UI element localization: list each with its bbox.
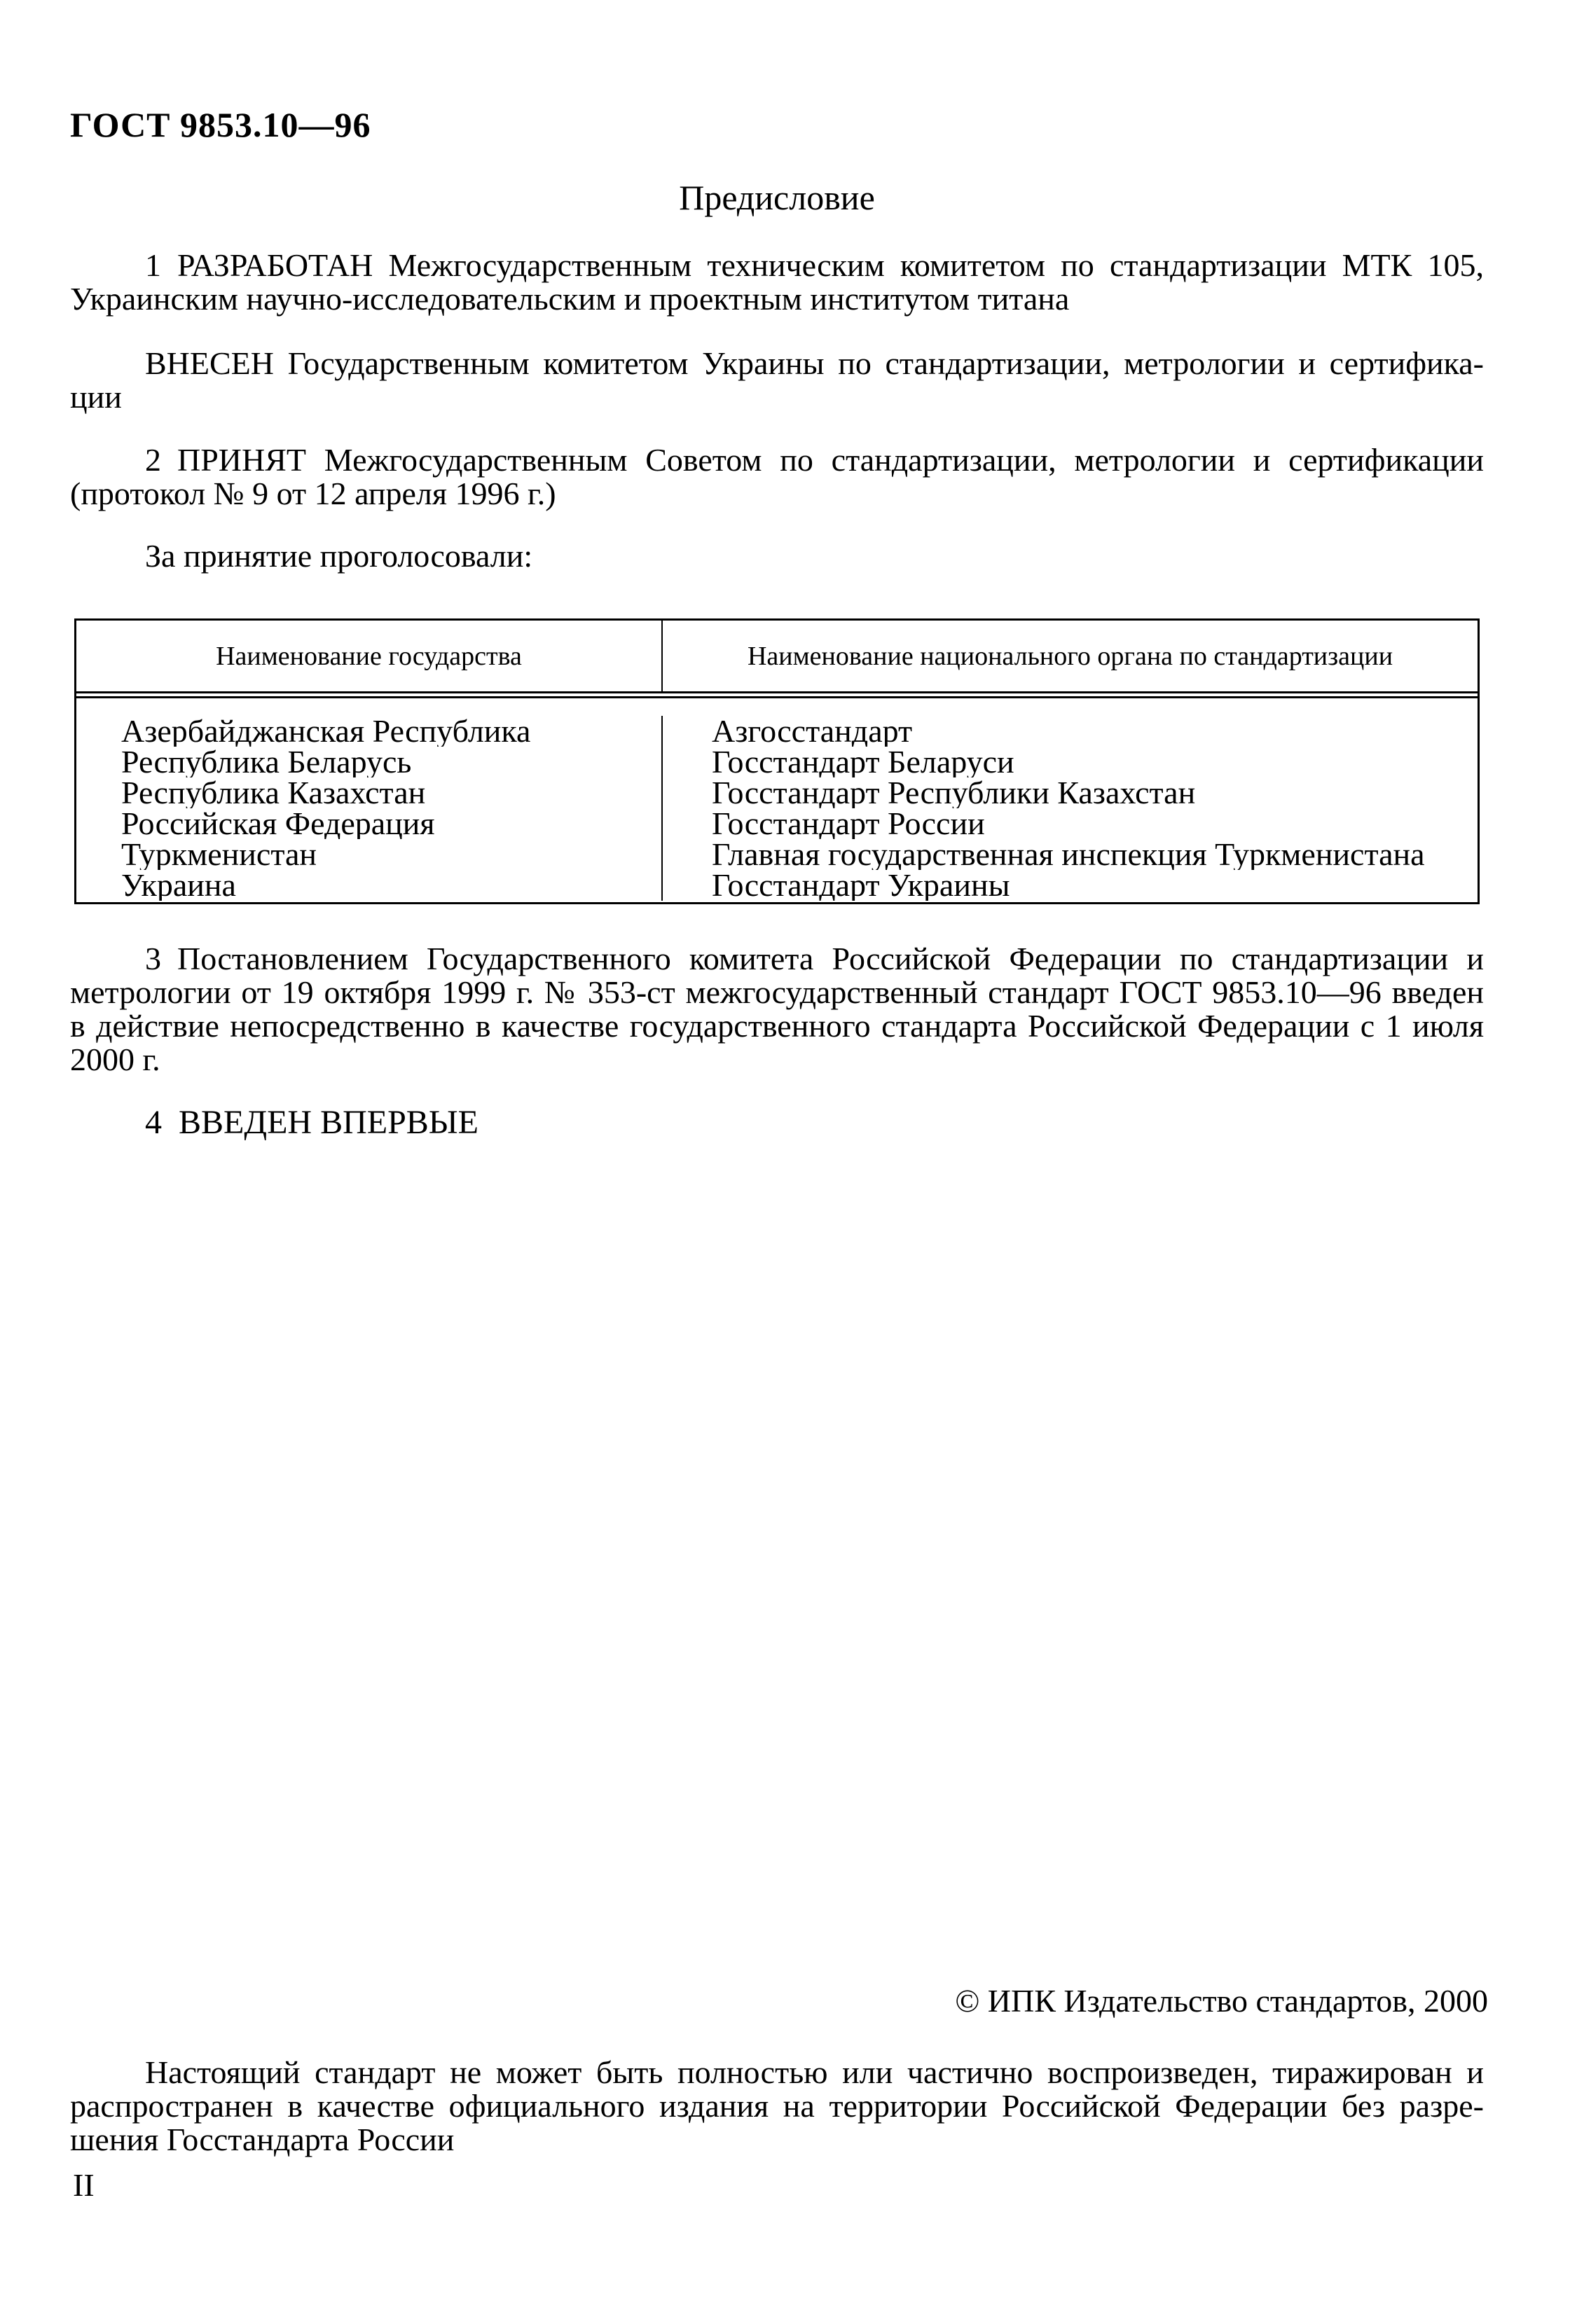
paragraph-1: 1 РАЗРАБОТАН Межгосударственным техничес… bbox=[70, 249, 1484, 316]
table-header-row: Наименование государства Наименование на… bbox=[76, 621, 1478, 691]
submitted-line-2: ции bbox=[70, 380, 1484, 414]
country-cell: Азербайджанская Республика bbox=[76, 716, 663, 747]
paragraph-2: 2 ПРИНЯТ Межгосударственным Советом по с… bbox=[70, 443, 1484, 511]
table-row: Украина Госстандарт Украины bbox=[76, 870, 1478, 901]
paragraph-1-line-2: Украинским научно-исследовательским и пр… bbox=[70, 282, 1484, 316]
disclaimer-paragraph: Настоящий стандарт не может быть полност… bbox=[70, 2056, 1484, 2157]
paragraph-1-line-1: 1 РАЗРАБОТАН Межгосударственным техничес… bbox=[70, 249, 1484, 282]
table-row: Азербайджанская Республика Азгосстандарт bbox=[76, 716, 1478, 747]
disclaimer-line-2: распространен в качестве официального из… bbox=[70, 2089, 1484, 2123]
paragraph-3-line-3: в действие непосредственно в качестве го… bbox=[70, 1009, 1484, 1043]
table-row: Российская Федерация Госстандарт России bbox=[76, 808, 1478, 839]
country-cell: Республика Беларусь bbox=[76, 747, 663, 777]
page-number: II bbox=[73, 2169, 95, 2202]
table-header-org: Наименование национального органа по ста… bbox=[663, 621, 1478, 691]
country-cell: Республика Казахстан bbox=[76, 777, 663, 808]
country-cell: Украина bbox=[76, 870, 663, 901]
paragraph-3: 3 Постановлением Государственного комите… bbox=[70, 942, 1484, 1077]
org-cell: Главная государственная инспекция Туркме… bbox=[663, 839, 1478, 870]
disclaimer-line-1: Настоящий стандарт не может быть полност… bbox=[70, 2056, 1484, 2089]
table-row: Туркменистан Главная государственная инс… bbox=[76, 839, 1478, 870]
submitted-line-1: ВНЕСЕН Государственным комитетом Украины… bbox=[70, 347, 1484, 380]
preface-title: Предисловие bbox=[70, 179, 1484, 216]
paragraph-2-line-2: (протокол № 9 от 12 апреля 1996 г.) bbox=[70, 477, 1484, 511]
submitted-paragraph: ВНЕСЕН Государственным комитетом Украины… bbox=[70, 347, 1484, 414]
table-row: Республика Беларусь Госстандарт Беларуси bbox=[76, 747, 1478, 777]
org-cell: Госстандарт России bbox=[663, 808, 1478, 839]
paragraph-4: 4 ВВЕДЕН ВПЕРВЫЕ bbox=[70, 1105, 1484, 1140]
paragraph-3-line-4: 2000 г. bbox=[70, 1043, 1484, 1077]
paragraph-4-text: 4 ВВЕДЕН ВПЕРВЫЕ bbox=[70, 1105, 1484, 1140]
paragraph-2-line-1: 2 ПРИНЯТ Межгосударственным Советом по с… bbox=[70, 443, 1484, 477]
org-cell: Госстандарт Украины bbox=[663, 870, 1478, 901]
country-cell: Туркменистан bbox=[76, 839, 663, 870]
org-cell: Азгосстандарт bbox=[663, 716, 1478, 747]
document-page: ГОСТ 9853.10—96 Предисловие 1 РАЗРАБОТАН… bbox=[0, 0, 1570, 2324]
disclaimer-line-3: шения Госстандарта России bbox=[70, 2123, 1484, 2157]
paragraph-3-line-1: 3 Постановлением Государственного комите… bbox=[70, 942, 1484, 976]
vote-intro: За принятие проголосовали: bbox=[70, 539, 1484, 573]
country-cell: Российская Федерация bbox=[76, 808, 663, 839]
header-double-rule bbox=[76, 691, 1478, 698]
paragraph-3-line-2: метрологии от 19 октября 1999 г. № 353-с… bbox=[70, 976, 1484, 1009]
copyright-line: © ИПК Издательство стандартов, 2000 bbox=[70, 1984, 1488, 2018]
voting-table: Наименование государства Наименование на… bbox=[74, 618, 1480, 904]
table-row: Республика Казахстан Госстандарт Республ… bbox=[76, 777, 1478, 808]
table-body: Азербайджанская Республика Азгосстандарт… bbox=[76, 698, 1478, 902]
org-cell: Госстандарт Беларуси bbox=[663, 747, 1478, 777]
org-cell: Госстандарт Республики Казахстан bbox=[663, 777, 1478, 808]
table-header-country: Наименование государства bbox=[76, 621, 663, 691]
doc-code: ГОСТ 9853.10—96 bbox=[70, 106, 371, 143]
